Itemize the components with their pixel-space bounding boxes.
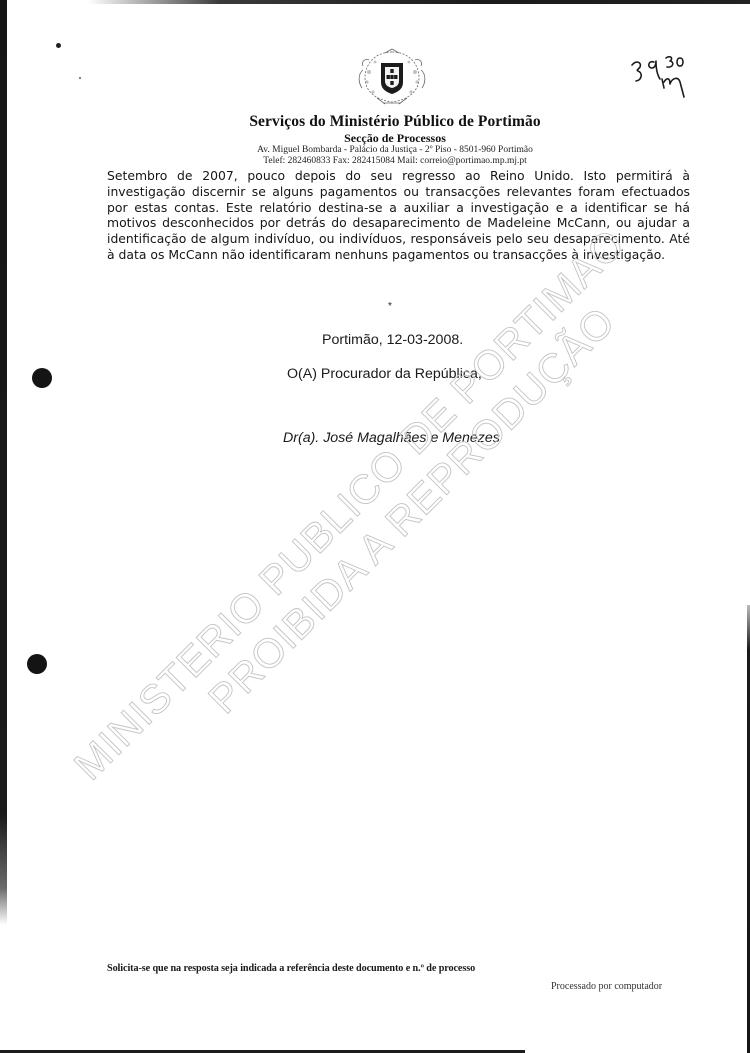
watermark-line-1: MINISTERIO PUBLICO DE PORTIMAO [65,220,634,789]
body-paragraph: Setembro de 2007, pouco depois do seu re… [107,168,690,263]
separator-mark: * [388,301,392,312]
watermark-line-2: PROIBIDA A REPRODUÇÃO [199,298,623,722]
portuguese-coat-of-arms-icon [355,48,429,106]
org-section: Secção de Processos [0,131,750,146]
punch-hole [32,368,52,388]
scan-speck [79,77,81,79]
footer-reference-note: Solicita-se que na resposta seja indicad… [107,963,475,974]
org-contacts: Telef: 282460833 Fax: 282415084 Mail: co… [0,156,750,166]
signatory-name: Dr(a). José Magalhães e Menezes [283,430,500,446]
scan-edge-top [88,0,750,4]
handwritten-page-number: 3930 [628,52,708,107]
org-title: Serviços do Ministério Público de Portim… [0,113,750,131]
punch-hole [27,654,47,674]
footer-processed-note: Processado por computador [551,981,662,992]
body-paragraph-text: Setembro de 2007, pouco depois do seu re… [107,168,690,263]
document-page: Serviços do Ministério Público de Portim… [0,0,750,1053]
scan-speck [56,43,61,48]
place-and-date: Portimão, 12-03-2008. [322,332,463,348]
org-address: Av. Miguel Bombarda - Palácio da Justiça… [0,145,750,155]
signatory-role: O(A) Procurador da República, [287,366,482,382]
